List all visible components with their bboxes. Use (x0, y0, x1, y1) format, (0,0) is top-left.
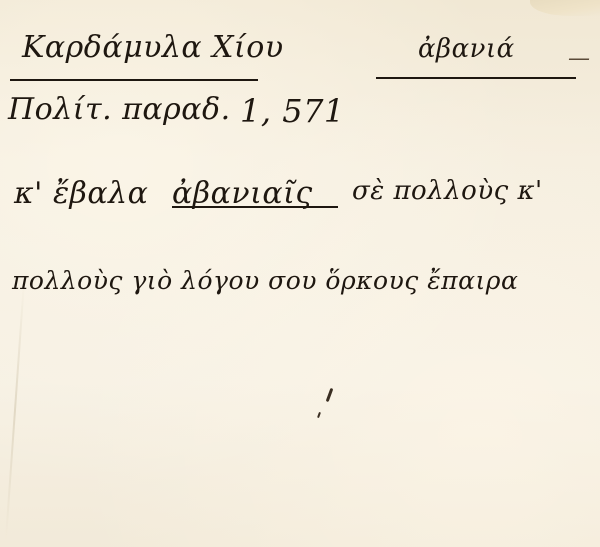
index-card: Καρδάμυλα Χίου ἀβανιά — Πολίτ. παραδ. 1,… (0, 0, 600, 547)
keyword-underline (172, 206, 338, 208)
lemma-heading: ἀβανιά (418, 34, 515, 64)
example-prefix: κ' ἔβαλα (14, 176, 148, 211)
paper-crease (5, 280, 25, 540)
lemma-underline (376, 77, 576, 79)
torn-corner (530, 0, 600, 16)
example-line-2: πολλοὺς γιὸ λόγου σου ὅρκους ἔπαιρα (12, 266, 518, 295)
stray-ink-mark (326, 388, 334, 402)
example-suffix: σὲ πολλοὺς κ' (352, 176, 543, 206)
source-ref-label: Πολίτ. παραδ. (8, 92, 231, 127)
location-underline (10, 79, 258, 81)
stray-ink-mark-2 (317, 412, 321, 418)
source-ref-number: 1, 571 (240, 92, 345, 130)
location-heading: Καρδάμυλα Χίου (22, 30, 284, 65)
margin-tick: — (568, 46, 591, 71)
